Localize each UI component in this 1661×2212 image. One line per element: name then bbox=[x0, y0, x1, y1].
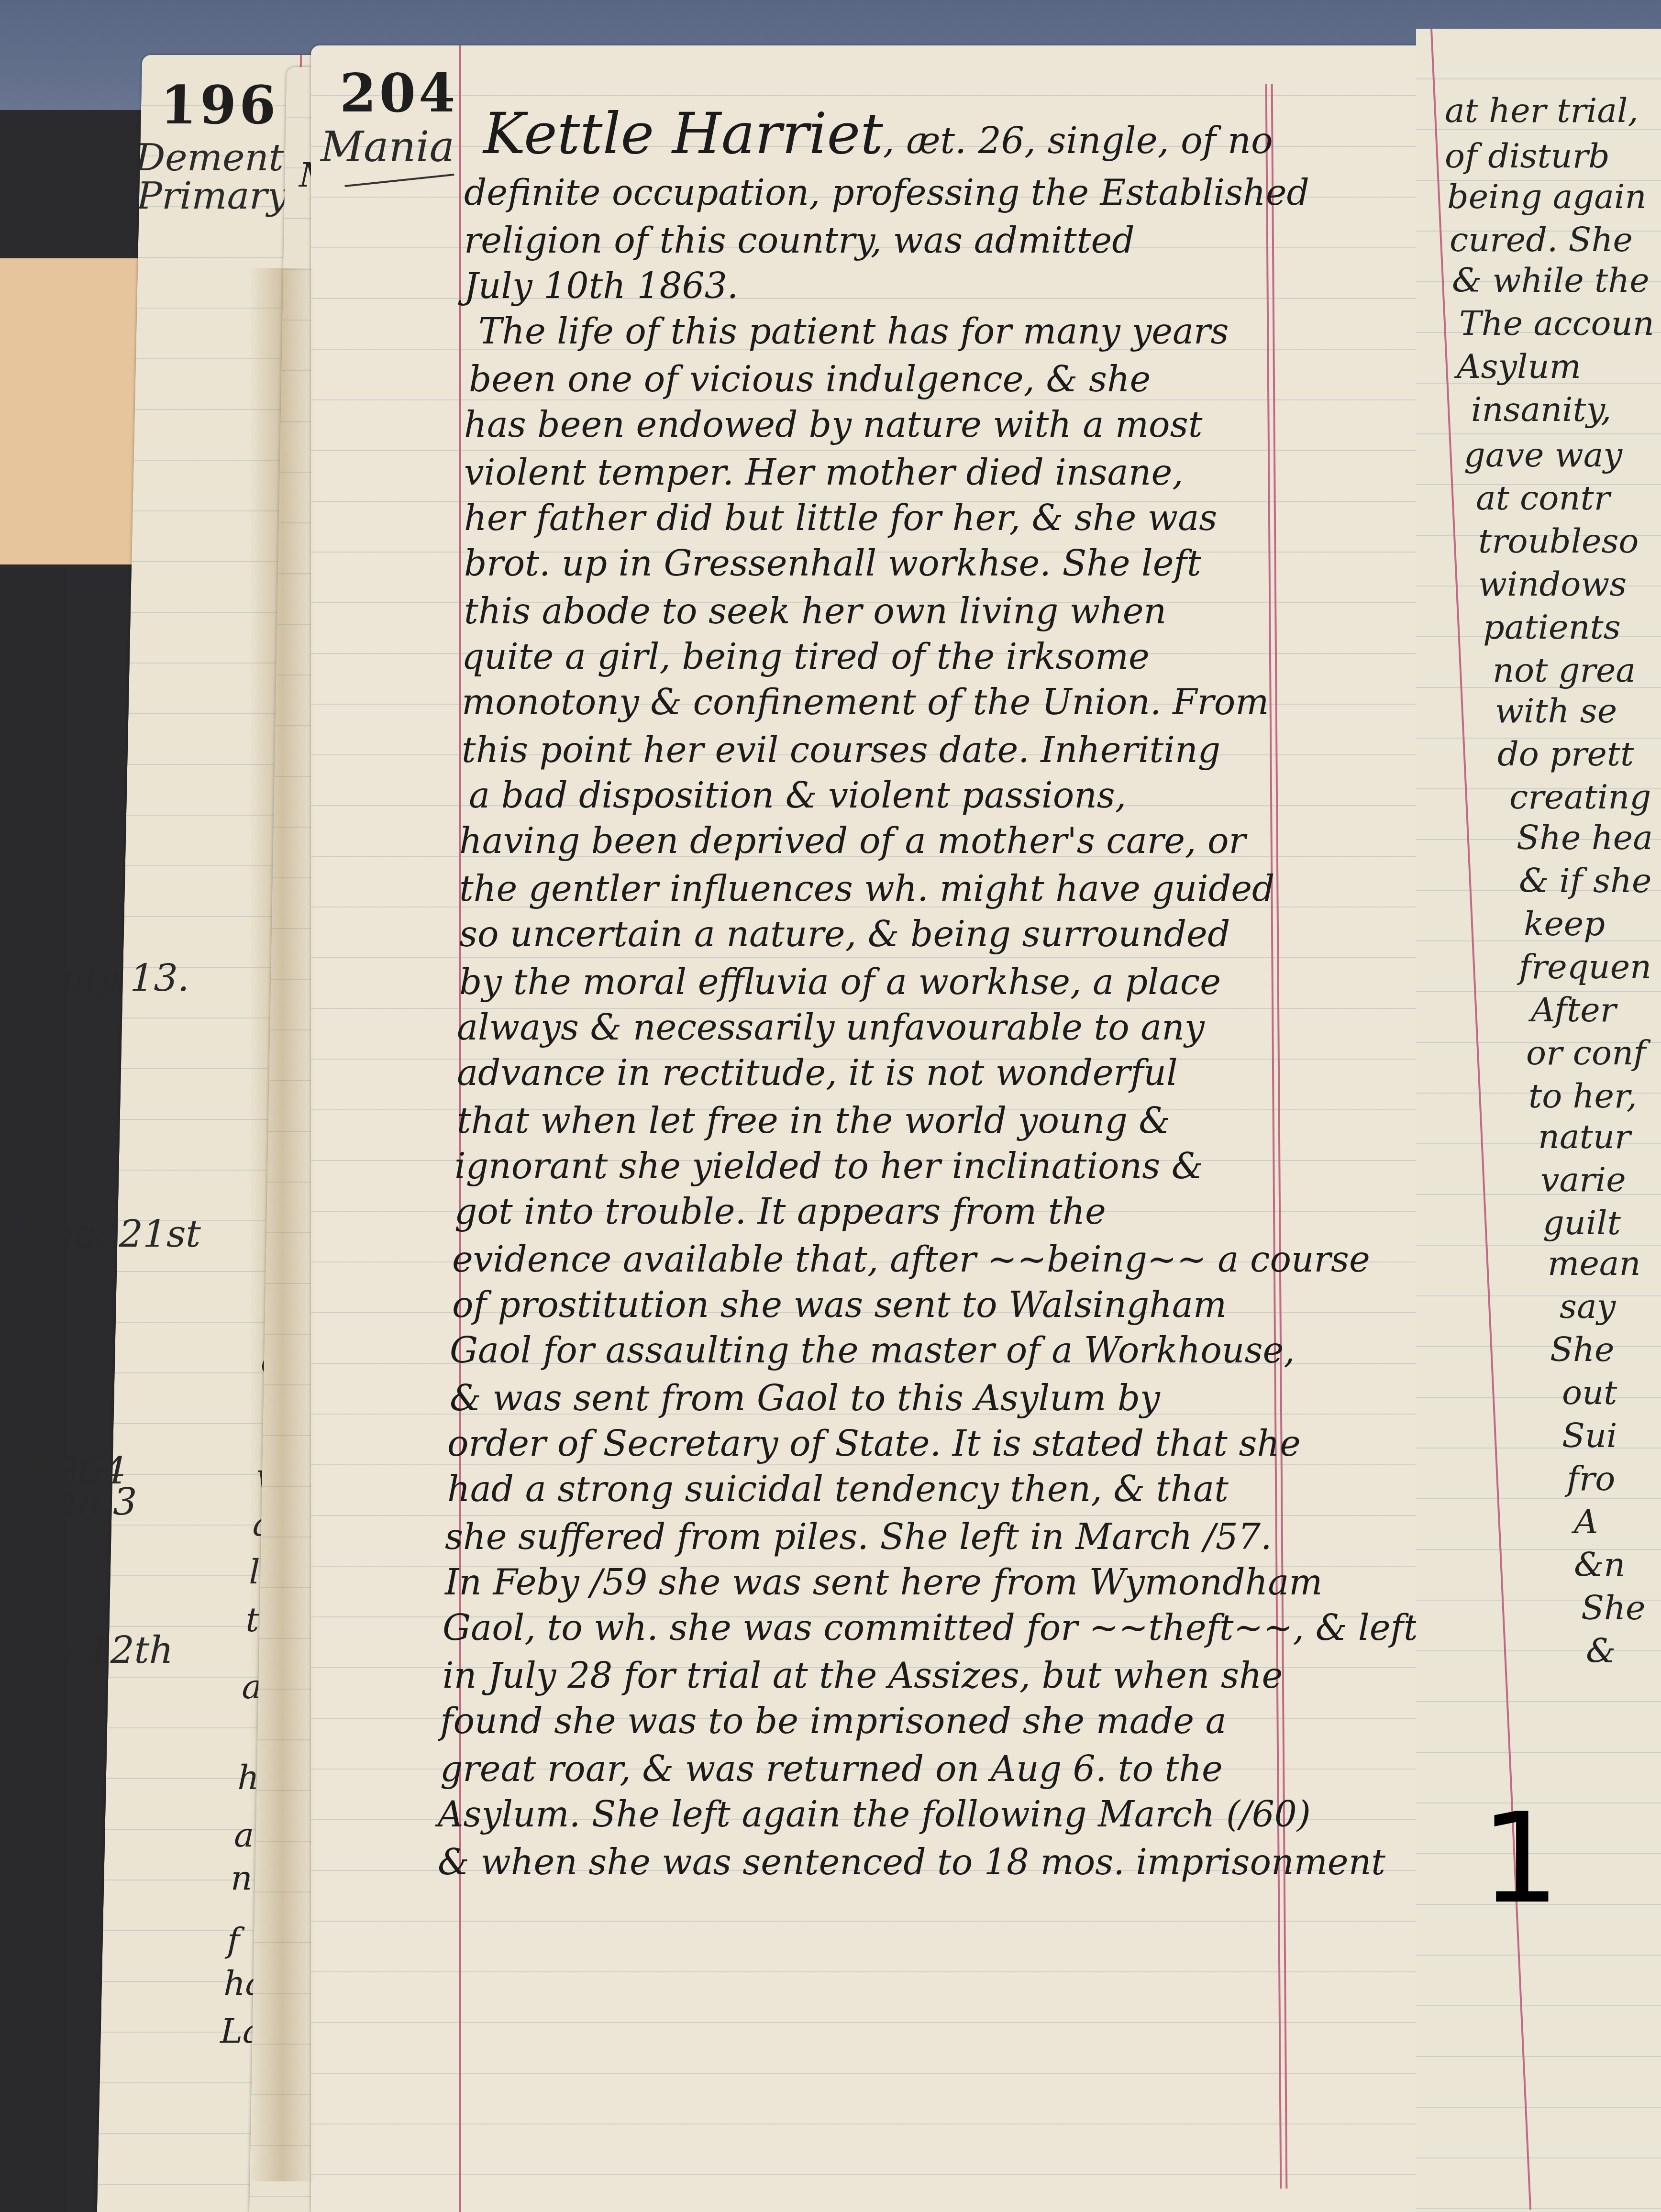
text-fragment: troubleso bbox=[1478, 521, 1639, 561]
entry-line: been one of vicious indulgence, & she bbox=[469, 359, 1151, 400]
entry-line: The life of this patient has for many ye… bbox=[478, 311, 1229, 352]
entry-line: religion of this country, was admitted bbox=[464, 220, 1135, 261]
entry-line: the gentler influences wh. might have gu… bbox=[459, 868, 1274, 909]
text-fragment: windows bbox=[1478, 564, 1627, 604]
entry-line: having been deprived of a mother's care,… bbox=[459, 820, 1246, 862]
water-stain bbox=[249, 268, 316, 2181]
entry-line: ignorant she yielded to her inclinations… bbox=[454, 1146, 1203, 1187]
entry-line: her father did but little for her, & she… bbox=[464, 498, 1217, 539]
text-fragment: gave way bbox=[1464, 435, 1622, 475]
entry-line: Gaol, to wh. she was committed for ~~the… bbox=[443, 1607, 1418, 1648]
entry-line: this abode to seek her own living when bbox=[464, 591, 1166, 632]
entry-line: & was sent from Gaol to this Asylum by bbox=[450, 1378, 1160, 1419]
text-fragment: do prett bbox=[1497, 734, 1634, 774]
text-fragment: fro bbox=[1567, 1459, 1616, 1498]
entry-line: definite occupation, professing the Esta… bbox=[464, 172, 1309, 213]
text-fragment: She hea bbox=[1517, 818, 1653, 857]
admission-date: July 10th 1863. bbox=[464, 265, 738, 307]
entry-line: of prostitution she was sent to Walsingh… bbox=[452, 1284, 1227, 1326]
margin-date: Nov 12th bbox=[0, 1629, 174, 1672]
margin-date: Jan 3 bbox=[40, 1481, 137, 1524]
entry-line: got into trouble. It appears from the bbox=[454, 1191, 1106, 1232]
entry-line: quite a girl, being tired of the irksome bbox=[462, 636, 1150, 677]
entry-line: found she was to be imprisoned she made … bbox=[440, 1701, 1227, 1742]
entry-line: Asylum. She left again the following Mar… bbox=[438, 1794, 1311, 1835]
text-fragment: being again bbox=[1447, 177, 1647, 216]
text-fragment: f bbox=[227, 1921, 240, 1960]
text-fragment: creating bbox=[1509, 777, 1651, 817]
margin-date: Dec: 21st bbox=[22, 1213, 201, 1256]
text-fragment: frequen bbox=[1519, 947, 1651, 986]
diagnosis-label: Mania bbox=[321, 122, 454, 171]
entry-line: evidence available that, after ~~being~~… bbox=[452, 1239, 1370, 1280]
text-fragment: She bbox=[1581, 1588, 1645, 1627]
entry-line: always & necessarily unfavourable to any bbox=[457, 1007, 1205, 1048]
entry-line: Gaol for assaulting the master of a Work… bbox=[450, 1330, 1295, 1371]
text-fragment: with se bbox=[1495, 691, 1617, 730]
entry-line: that when let free in the world young & bbox=[457, 1100, 1170, 1141]
entry-line: great roar, & was returned on Aug 6. to … bbox=[440, 1748, 1223, 1790]
text-fragment: of disturb bbox=[1445, 136, 1610, 176]
patient-details: , æt. 26, single, of no bbox=[883, 119, 1273, 162]
entry-line: advance in rectitude, it is not wonderfu… bbox=[457, 1052, 1178, 1094]
underline-stroke bbox=[344, 174, 454, 187]
text-fragment: & if she bbox=[1519, 861, 1652, 900]
entry-line: monotony & confinement of the Union. Fro… bbox=[462, 682, 1269, 723]
text-fragment: cured. She bbox=[1450, 220, 1633, 259]
text-fragment: or conf bbox=[1526, 1033, 1646, 1073]
text-fragment: varie bbox=[1540, 1160, 1626, 1199]
text-fragment: & while the bbox=[1452, 261, 1650, 300]
patient-surname: Kettle bbox=[483, 100, 654, 166]
entry-line: so uncertain a nature, & being surrounde… bbox=[459, 914, 1230, 955]
table-surface bbox=[0, 258, 144, 564]
text-fragment: The accoun bbox=[1459, 304, 1654, 343]
entry-line: order of Secretary of State. It is state… bbox=[447, 1423, 1301, 1464]
entry-line: In Feby /59 she was sent here from Wymon… bbox=[445, 1562, 1323, 1603]
entry-line: violent temper. Her mother died insane, bbox=[464, 452, 1184, 493]
text-fragment: Asylum bbox=[1457, 347, 1581, 386]
entry-line: this point her evil courses date. Inheri… bbox=[462, 730, 1220, 771]
text-fragment: to her, bbox=[1528, 1076, 1637, 1116]
text-fragment: natur bbox=[1538, 1117, 1631, 1156]
text-fragment: guilt bbox=[1543, 1203, 1621, 1242]
text-fragment: patients bbox=[1483, 608, 1621, 647]
entry-line: has been endowed by nature with a most bbox=[464, 404, 1202, 445]
entry-line: a bad disposition & violent passions, bbox=[469, 775, 1126, 816]
text-fragment: & bbox=[1586, 1631, 1616, 1670]
entry-line: had a strong suicidal tendency then, & t… bbox=[447, 1469, 1229, 1510]
text-fragment: out bbox=[1562, 1373, 1617, 1412]
text-fragment: She bbox=[1550, 1330, 1614, 1369]
diagnosis-label: Primary. bbox=[136, 175, 296, 218]
text-fragment: keep bbox=[1524, 904, 1605, 943]
patient-forename: Harriet bbox=[672, 100, 883, 166]
entry-line: she suffered from piles. She left in Mar… bbox=[445, 1516, 1272, 1558]
text-fragment: &n bbox=[1574, 1545, 1625, 1584]
text-fragment: mean bbox=[1548, 1244, 1641, 1283]
text-fragment: insanity, bbox=[1471, 390, 1611, 429]
text-fragment: say bbox=[1560, 1287, 1616, 1326]
text-fragment: at her trial, bbox=[1445, 91, 1639, 130]
text-fragment: at contr bbox=[1476, 478, 1610, 518]
entry-line: in July 28 for trial at the Assizes, but… bbox=[443, 1655, 1283, 1696]
image-index-label: 1 bbox=[1481, 1787, 1560, 1931]
page-number: 204 bbox=[340, 62, 458, 124]
entry-line: brot. up in Gressenhall workhse. She lef… bbox=[464, 543, 1201, 584]
text-fragment: A bbox=[1574, 1502, 1598, 1541]
margin-date: July 13. bbox=[46, 957, 190, 1000]
text-fragment: Sui bbox=[1562, 1416, 1617, 1455]
text-fragment: not grea bbox=[1493, 651, 1636, 690]
entry-line: & when she was sentenced to 18 mos. impr… bbox=[438, 1842, 1385, 1883]
patient-name: Kettle Harriet, æt. 26, single, of no bbox=[483, 100, 1273, 166]
page-number: 196 bbox=[160, 74, 279, 136]
dark-background bbox=[0, 564, 67, 2212]
text-fragment: After bbox=[1531, 990, 1616, 1029]
entry-line: by the moral effluvia of a workhse, a pl… bbox=[459, 962, 1221, 1003]
